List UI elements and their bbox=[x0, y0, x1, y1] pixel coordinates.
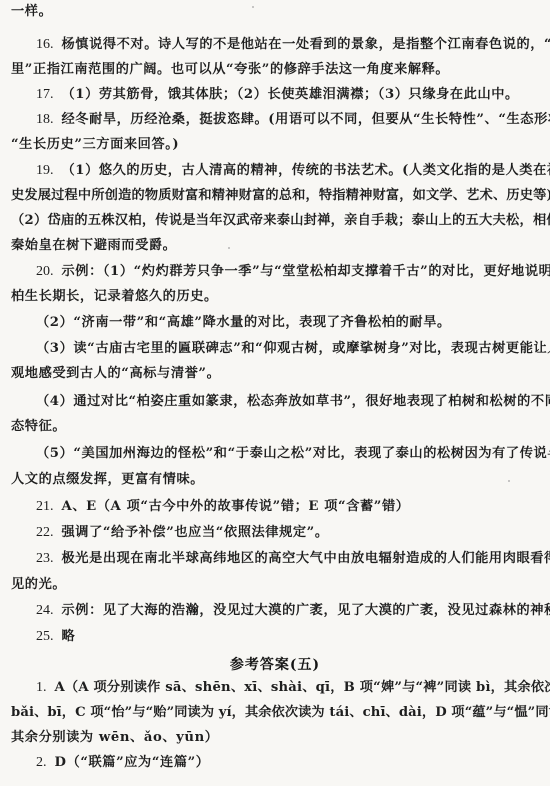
line-text: 史发展过程中所创造的物质财富和精神财富的总和，特指精神财富，如文学、艺术、历史等… bbox=[11, 188, 550, 203]
line-text: “生长历史”三方面来回答。) bbox=[11, 137, 179, 152]
scan-speck bbox=[473, 116, 475, 118]
text-line: （2）岱庙的五株汉柏，传说是当年汉武帝来泰山封禅，亲自手栽；泰山上的五大夫松，相… bbox=[11, 211, 550, 231]
answer-number: 24. bbox=[36, 603, 54, 618]
line-text: bǎi、bī，C 项“怡”与“贻”同读为 yí，其余依次读为 tái、chī、d… bbox=[11, 705, 550, 720]
text-line: 史发展过程中所创造的物质财富和精神财富的总和，特指精神财富，如文学、艺术、历史等… bbox=[11, 186, 550, 206]
text-line: 其余分别读为 wēn、ǎo、yūn） bbox=[11, 728, 219, 748]
answer-19: 19.（1）悠久的历史，古人清高的精神，传统的书法艺术。(人类文化指的是人类在社… bbox=[36, 161, 550, 181]
answer-20-part-5: （5）“美国加州海边的怪松”和“于泰山之松”对比，表现了泰山的松树因为有了传说与 bbox=[36, 444, 550, 464]
text-line: 一样。 bbox=[11, 2, 52, 22]
line-text: 示例：见了大海的浩瀚，没见过大漠的广袤，见了大漠的广袤，没见过森林的神秘。 bbox=[62, 603, 550, 618]
section5-answer-1: 1.A（A 项分别读作 sā、shēn、xī、shài、qī，B 项“婢”与“裨… bbox=[36, 678, 550, 698]
answer-key-page: 一样。 16.杨慎说得不对。诗人写的不是他站在一处看到的景象，是指整个江南春色说… bbox=[0, 0, 550, 786]
line-text: 强调了“给予补偿”也应当“依照法律规定”。 bbox=[62, 525, 329, 540]
answer-24: 24.示例：见了大海的浩瀚，没见过大漠的广袤，见了大漠的广袤，没见过森林的神秘。 bbox=[36, 601, 550, 621]
scan-speck bbox=[252, 6, 254, 8]
line-text: 略 bbox=[62, 629, 76, 644]
answer-21: 21.A、E（A 项“古今中外的故事传说”错；E 项“含蓄”错） bbox=[36, 497, 410, 517]
line-text: 柏生长期长，记录着悠久的历史。 bbox=[11, 289, 218, 304]
answer-number: 1. bbox=[36, 680, 47, 695]
text-line: “生长历史”三方面来回答。) bbox=[11, 135, 179, 155]
line-text: （2）“济南一带”和“高雄”降水量的对比，表现了齐鲁松柏的耐旱。 bbox=[36, 315, 451, 330]
line-text: （1）悠久的历史，古人清高的精神，传统的书法艺术。(人类文化指的是人类在社会历 bbox=[62, 163, 550, 178]
line-text: D（“联篇”应为“连篇”） bbox=[55, 755, 210, 770]
line-text: 极光是出现在南北半球高纬地区的高空大气中由放电辐射造成的人们能用肉眼看得 bbox=[62, 551, 550, 566]
answer-20-part-2: （2）“济南一带”和“高雄”降水量的对比，表现了齐鲁松柏的耐旱。 bbox=[36, 313, 451, 333]
text-line: 柏生长期长，记录着悠久的历史。 bbox=[11, 287, 218, 307]
answer-number: 23. bbox=[36, 551, 54, 566]
answer-16: 16.杨慎说得不对。诗人写的不是他站在一处看到的景象，是指整个江南春色说的，“千 bbox=[36, 35, 550, 55]
line-text: 态特征。 bbox=[11, 419, 66, 434]
section5-answer-2: 2.D（“联篇”应为“连篇”） bbox=[36, 753, 210, 773]
answer-number: 2. bbox=[36, 755, 47, 770]
line-text: （1）劳其筋骨，饿其体肤；（2）长使英雄泪满襟；（3）只缘身在此山中。 bbox=[62, 87, 519, 102]
line-text: 杨慎说得不对。诗人写的不是他站在一处看到的景象，是指整个江南春色说的，“千 bbox=[62, 37, 550, 52]
answer-22: 22.强调了“给予补偿”也应当“依照法律规定”。 bbox=[36, 523, 329, 543]
answer-25: 25.略 bbox=[36, 627, 75, 647]
section-heading: 参考答案(五) bbox=[0, 654, 550, 674]
answer-number: 18. bbox=[36, 112, 54, 127]
answer-number: 22. bbox=[36, 525, 54, 540]
text-line: 见的光。 bbox=[11, 575, 66, 595]
scan-speck bbox=[228, 247, 230, 249]
text-line: 态特征。 bbox=[11, 417, 66, 437]
line-text: 示例：（1）“灼灼群芳只争一季”与“堂堂松柏却支撑着千古”的对比，更好地说明松 bbox=[62, 264, 550, 279]
answer-17: 17.（1）劳其筋骨，饿其体肤；（2）长使英雄泪满襟；（3）只缘身在此山中。 bbox=[36, 85, 519, 105]
line-text: 经冬耐旱，历经沧桑，挺拔恣肆。(用语可以不同，但要从“生长特性”、“生态形状”、 bbox=[62, 112, 550, 127]
text-line: 观地感受到古人的“高标与清誉”。 bbox=[11, 364, 220, 384]
line-text: （4）通过对比“柏姿庄重如篆隶，松态奔放如草书”，很好地表现了柏树和松树的不同形 bbox=[36, 394, 550, 409]
answer-number: 19. bbox=[36, 163, 54, 178]
line-text: （3）读“古庙古宅里的匾联碑志”和“仰观古树，或摩挲树身”对比，表现古树更能让人… bbox=[36, 341, 550, 356]
text-line: bǎi、bī，C 项“怡”与“贻”同读为 yí，其余依次读为 tái、chī、d… bbox=[11, 703, 550, 723]
line-text: 里”正指江南范围的广阔。也可以从“夸张”的修辞手法这一角度来解释。 bbox=[11, 62, 449, 77]
line-text: 见的光。 bbox=[11, 577, 66, 592]
answer-number: 20. bbox=[36, 264, 54, 279]
answer-23: 23.极光是出现在南北半球高纬地区的高空大气中由放电辐射造成的人们能用肉眼看得 bbox=[36, 549, 550, 569]
text-line: 秦始皇在树下避雨而受爵。 bbox=[11, 236, 176, 256]
line-text: （5）“美国加州海边的怪松”和“于泰山之松”对比，表现了泰山的松树因为有了传说与 bbox=[36, 446, 550, 461]
answer-number: 25. bbox=[36, 629, 54, 644]
text-line: 里”正指江南范围的广阔。也可以从“夸张”的修辞手法这一角度来解释。 bbox=[11, 60, 449, 80]
line-text: （2）岱庙的五株汉柏，传说是当年汉武帝来泰山封禅，亲自手栽；泰山上的五大夫松，相… bbox=[11, 213, 550, 228]
scan-speck bbox=[508, 480, 510, 482]
answer-number: 17. bbox=[36, 87, 54, 102]
line-text: 一样。 bbox=[11, 4, 52, 19]
line-text: 秦始皇在树下避雨而受爵。 bbox=[11, 238, 176, 253]
line-text: 其余分别读为 wēn、ǎo、yūn） bbox=[11, 730, 219, 745]
answer-20-part-3: （3）读“古庙古宅里的匾联碑志”和“仰观古树，或摩挲树身”对比，表现古树更能让人… bbox=[36, 339, 550, 359]
line-text: A、E（A 项“古今中外的故事传说”错；E 项“含蓄”错） bbox=[62, 499, 410, 514]
line-text: 观地感受到古人的“高标与清誉”。 bbox=[11, 366, 220, 381]
answer-20: 20.示例：（1）“灼灼群芳只争一季”与“堂堂松柏却支撑着千古”的对比，更好地说… bbox=[36, 262, 550, 282]
answer-18: 18.经冬耐旱，历经沧桑，挺拔恣肆。(用语可以不同，但要从“生长特性”、“生态形… bbox=[36, 110, 550, 130]
answer-number: 21. bbox=[36, 499, 54, 514]
answer-number: 16. bbox=[36, 37, 54, 52]
line-text: A（A 项分别读作 sā、shēn、xī、shài、qī，B 项“婢”与“裨”同… bbox=[55, 680, 550, 695]
line-text: 人文的点缀发挥，更富有情味。 bbox=[11, 472, 204, 487]
answer-20-part-4: （4）通过对比“柏姿庄重如篆隶，松态奔放如草书”，很好地表现了柏树和松树的不同形 bbox=[36, 392, 550, 412]
text-line: 人文的点缀发挥，更富有情味。 bbox=[11, 470, 204, 490]
